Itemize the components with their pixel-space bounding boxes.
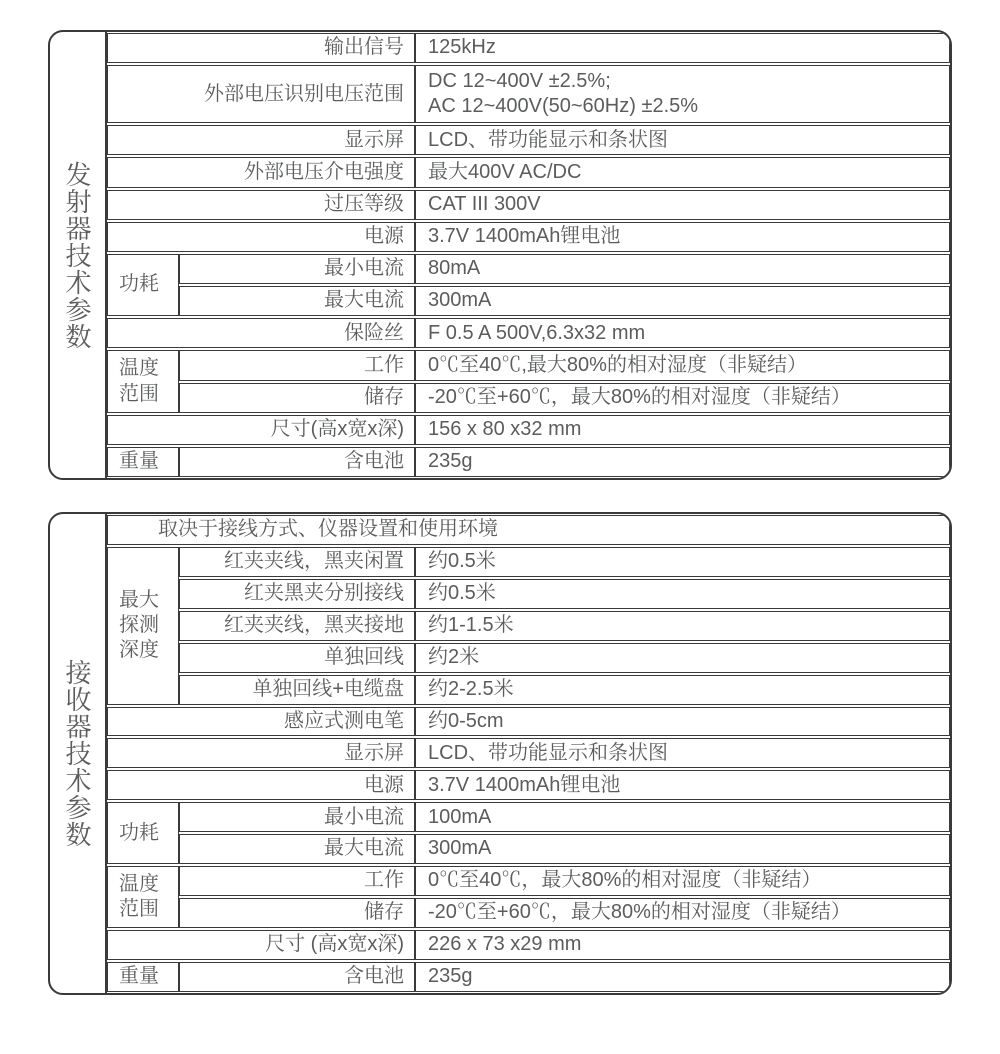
spec-row: 功耗最小电流100mA	[107, 802, 950, 832]
spec-label: 最大电流	[179, 834, 415, 864]
spec-row: 温度范围工作0℃至40℃,最大80%的相对湿度（非疑结）	[107, 350, 950, 380]
spec-row: 功耗最小电流80mA	[107, 254, 950, 284]
spec-row: 感应式测电笔约0-5cm	[107, 707, 950, 737]
spec-row: 单独回线约2米	[107, 643, 950, 673]
spec-value: 300mA	[415, 286, 950, 316]
spec-row: 储存-20℃至+60℃，最大80%的相对湿度（非疑结）	[107, 383, 950, 413]
spec-value: 156 x 80 x32 mm	[415, 415, 950, 445]
spec-group-label: 最大探测深度	[107, 547, 179, 705]
spec-group-label: 重量	[107, 447, 179, 477]
spec-group-label: 温度范围	[107, 866, 179, 928]
spec-value: 226 x 73 x29 mm	[415, 930, 950, 960]
spec-value: LCD、带功能显示和条状图	[415, 125, 950, 155]
spec-value: 235g	[415, 962, 950, 992]
transmitter-side-header: 发射器技术参数	[50, 32, 107, 478]
spec-label: 含电池	[179, 962, 415, 992]
spec-row: 红夹夹线，黑夹接地约1-1.5米	[107, 611, 950, 641]
spec-row: 储存-20℃至+60℃，最大80%的相对湿度（非疑结）	[107, 898, 950, 928]
spec-group-label: 功耗	[107, 802, 179, 864]
spec-label: 红夹黑夹分别接线	[179, 579, 415, 609]
spec-value: 0℃至40℃，最大80%的相对湿度（非疑结）	[415, 866, 950, 896]
spec-value: 100mA	[415, 802, 950, 832]
spec-value: 约2-2.5米	[415, 675, 950, 705]
transmitter-spec-table: 发射器技术参数 输出信号125kHz外部电压识别电压范围DC 12~400V ±…	[48, 30, 952, 480]
spec-row: 最大探测深度红夹夹线，黑夹闲置约0.5米	[107, 547, 950, 577]
spec-value: DC 12~400V ±2.5%; AC 12~400V(50~60Hz) ±2…	[415, 65, 950, 123]
spec-row: 显示屏LCD、带功能显示和条状图	[107, 125, 950, 155]
spec-label: 红夹夹线，黑夹闲置	[179, 547, 415, 577]
spec-row: 重量含电池235g	[107, 447, 950, 477]
receiver-side-header: 接收器技术参数	[50, 514, 107, 993]
spec-value: -20℃至+60℃，最大80%的相对湿度（非疑结）	[415, 898, 950, 928]
spec-value: 约0-5cm	[415, 707, 950, 737]
spec-row: 尺寸(高x宽x深)156 x 80 x32 mm	[107, 415, 950, 445]
spec-row: 电源3.7V 1400mAh锂电池	[107, 770, 950, 800]
spec-label: 感应式测电笔	[107, 707, 415, 737]
spec-value: 300mA	[415, 834, 950, 864]
spec-row: 显示屏LCD、带功能显示和条状图	[107, 738, 950, 768]
spec-value: -20℃至+60℃，最大80%的相对湿度（非疑结）	[415, 383, 950, 413]
spec-value: 235g	[415, 447, 950, 477]
spec-value: 3.7V 1400mAh锂电池	[415, 770, 950, 800]
spec-label: 最小电流	[179, 802, 415, 832]
spec-label: 含电池	[179, 447, 415, 477]
spec-row: 外部电压识别电压范围DC 12~400V ±2.5%; AC 12~400V(5…	[107, 65, 950, 123]
spec-label: 储存	[179, 898, 415, 928]
spec-value: 约2米	[415, 643, 950, 673]
spec-row: 最大电流300mA	[107, 286, 950, 316]
spec-row: 单独回线+电缆盘约2-2.5米	[107, 675, 950, 705]
spec-row: 重量含电池235g	[107, 962, 950, 992]
spec-value: 3.7V 1400mAh锂电池	[415, 222, 950, 252]
spec-span-label: 取决于接线方式、仪器设置和使用环境	[107, 515, 950, 545]
spec-value: 约0.5米	[415, 579, 950, 609]
spec-label: 最大电流	[179, 286, 415, 316]
spec-label: 尺寸 (高x宽x深)	[107, 930, 415, 960]
spec-value: 0℃至40℃,最大80%的相对湿度（非疑结）	[415, 350, 950, 380]
spec-label: 保险丝	[107, 318, 415, 348]
spec-row: 取决于接线方式、仪器设置和使用环境	[107, 515, 950, 545]
spec-group-label: 重量	[107, 962, 179, 992]
spec-label: 尺寸(高x宽x深)	[107, 415, 415, 445]
spec-value: 125kHz	[415, 33, 950, 63]
spec-label: 单独回线+电缆盘	[179, 675, 415, 705]
spec-label: 输出信号	[107, 33, 415, 63]
spec-value: LCD、带功能显示和条状图	[415, 738, 950, 768]
spec-label: 单独回线	[179, 643, 415, 673]
receiver-table-area: 取决于接线方式、仪器设置和使用环境最大探测深度红夹夹线，黑夹闲置约0.5米红夹黑…	[107, 514, 950, 993]
spec-rows-1: 取决于接线方式、仪器设置和使用环境最大探测深度红夹夹线，黑夹闲置约0.5米红夹黑…	[107, 515, 950, 992]
spec-label: 过压等级	[107, 190, 415, 220]
spec-row: 保险丝F 0.5 A 500V,6.3x32 mm	[107, 318, 950, 348]
receiver-side-title: 接收器技术参数	[59, 659, 96, 848]
receiver-table: 取决于接线方式、仪器设置和使用环境最大探测深度红夹夹线，黑夹闲置约0.5米红夹黑…	[107, 513, 950, 994]
spec-row: 温度范围工作0℃至40℃，最大80%的相对湿度（非疑结）	[107, 866, 950, 896]
spec-label: 储存	[179, 383, 415, 413]
spec-value: 80mA	[415, 254, 950, 284]
spec-sheet-page: 发射器技术参数 输出信号125kHz外部电压识别电压范围DC 12~400V ±…	[0, 0, 1000, 1054]
transmitter-side-title: 发射器技术参数	[59, 161, 96, 350]
spec-label: 工作	[179, 866, 415, 896]
spec-group-label: 温度范围	[107, 350, 179, 412]
spec-value: 最大400V AC/DC	[415, 157, 950, 187]
spec-value: 约0.5米	[415, 547, 950, 577]
spec-label: 电源	[107, 222, 415, 252]
spec-rows-0: 输出信号125kHz外部电压识别电压范围DC 12~400V ±2.5%; AC…	[107, 33, 950, 477]
spec-label: 工作	[179, 350, 415, 380]
spec-label: 电源	[107, 770, 415, 800]
spec-label: 外部电压介电强度	[107, 157, 415, 187]
spec-label: 显示屏	[107, 738, 415, 768]
spec-row: 外部电压介电强度最大400V AC/DC	[107, 157, 950, 187]
spec-row: 输出信号125kHz	[107, 33, 950, 63]
spec-label: 红夹夹线，黑夹接地	[179, 611, 415, 641]
spec-row: 尺寸 (高x宽x深)226 x 73 x29 mm	[107, 930, 950, 960]
spec-row: 电源3.7V 1400mAh锂电池	[107, 222, 950, 252]
spec-label: 显示屏	[107, 125, 415, 155]
spec-value: 约1-1.5米	[415, 611, 950, 641]
spec-label: 最小电流	[179, 254, 415, 284]
spec-value: CAT III 300V	[415, 190, 950, 220]
spec-group-label: 功耗	[107, 254, 179, 316]
spec-row: 过压等级CAT III 300V	[107, 190, 950, 220]
spec-row: 最大电流300mA	[107, 834, 950, 864]
transmitter-table-area: 输出信号125kHz外部电压识别电压范围DC 12~400V ±2.5%; AC…	[107, 32, 950, 478]
spec-label: 外部电压识别电压范围	[107, 65, 415, 123]
transmitter-table: 输出信号125kHz外部电压识别电压范围DC 12~400V ±2.5%; AC…	[107, 31, 950, 479]
receiver-spec-table: 接收器技术参数 取决于接线方式、仪器设置和使用环境最大探测深度红夹夹线，黑夹闲置…	[48, 512, 952, 995]
spec-value: F 0.5 A 500V,6.3x32 mm	[415, 318, 950, 348]
spec-row: 红夹黑夹分别接线约0.5米	[107, 579, 950, 609]
